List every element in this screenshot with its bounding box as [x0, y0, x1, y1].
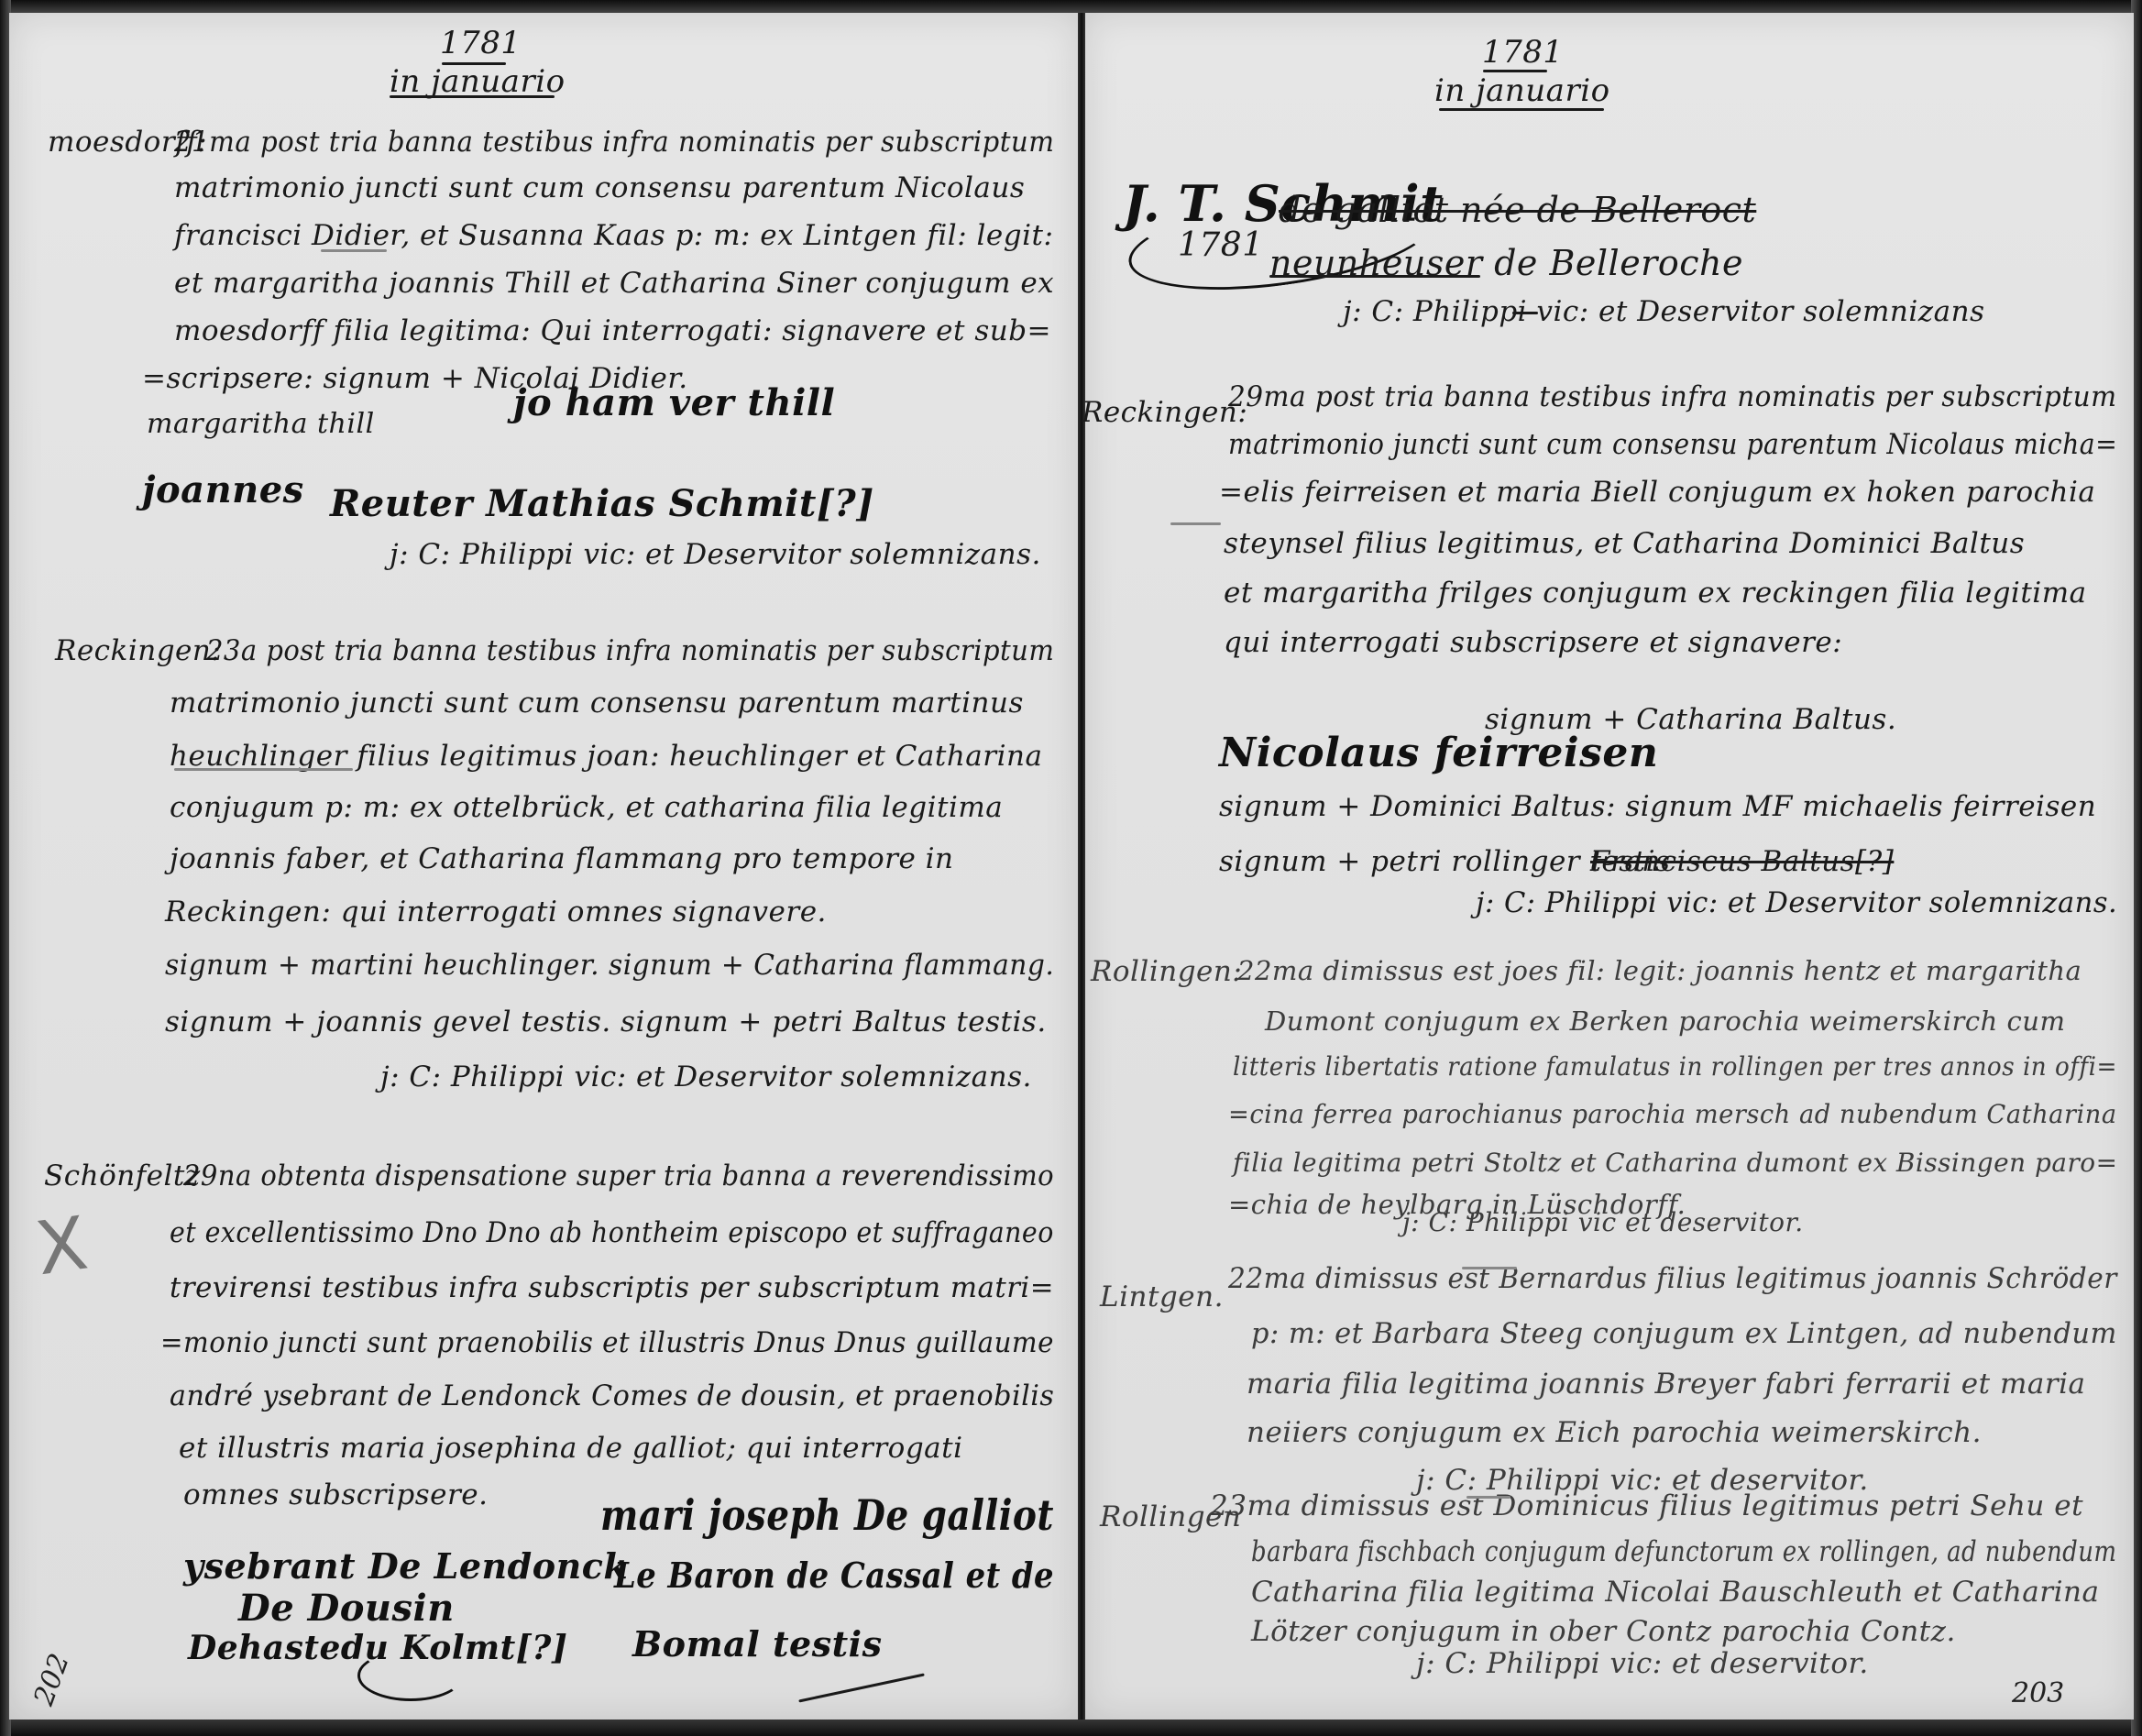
entry-place-schoenfeltz: Schönfeltz: [44, 1162, 201, 1191]
entry-place-reckingen: Reckingen:: [55, 637, 221, 665]
entry-line: et margaritha frilges conjugum ex reckin…: [1224, 579, 2087, 608]
officiant-signature: j: C: Philippi vic et deservitor.: [1402, 1210, 1804, 1236]
signature: joannes: [142, 472, 304, 509]
entry-line: p: m: et Barbara Steeg conjugum ex Lintg…: [1251, 1320, 2117, 1348]
entry-line: omnes subscripsere.: [183, 1481, 488, 1510]
pencil-cross-mark: X: [32, 1207, 92, 1287]
right-month-underline: [1439, 108, 1604, 111]
entry-line: maria filia legitima joannis Breyer fabr…: [1247, 1370, 2086, 1399]
signature: Bomal testis: [632, 1627, 882, 1662]
surname-underline: [1466, 1496, 1510, 1499]
officiant-signature: j: C: Philippi vic: et Deservitor solemn…: [380, 1063, 1032, 1092]
entry-line: moesdorff filia legitima: Qui interrogat…: [174, 317, 1051, 346]
entry-line: litteris libertatis ratione famulatus in…: [1233, 1054, 2117, 1080]
entry-line: et margaritha joannis Thill et Catharina…: [174, 269, 1054, 298]
entry-line: steynsel filius legitimus, et Catharina …: [1224, 530, 2025, 558]
signature: signum + Dominici Baltus: signum MF mich…: [1219, 793, 2096, 821]
surname-underline: [1170, 522, 1221, 525]
signature: mari joseph De galliot: [600, 1494, 1054, 1536]
entry-line: joannis faber, et Catharina flammang pro…: [170, 845, 954, 873]
entry-line: filia legitima petri Stoltz et Catharina…: [1233, 1150, 2117, 1176]
entry-place-lintgen: Lintgen.: [1100, 1283, 1224, 1312]
entry-line: neiiers conjugum ex Eich parochia weimer…: [1247, 1419, 1982, 1447]
entry-line: matrimonio juncti sunt cum consensu pare…: [174, 174, 1025, 203]
entry-line: conjugum p: m: ex ottelbrück, et cathari…: [170, 794, 1003, 822]
entry-line: francisci Didier, et Susanna Kaas p: m: …: [174, 222, 1053, 250]
entry-line: signum + joannis gevel testis. signum + …: [165, 1008, 1047, 1037]
struck-note: de galliot née de Belleroct: [1279, 192, 1756, 227]
entry-line: 22ma dimissus est joes fil: legit: joann…: [1237, 958, 2082, 984]
signature: jo ham ver thill: [513, 385, 835, 422]
entry-line: =monio juncti sunt praenobilis et illust…: [160, 1329, 1054, 1357]
entry-line: 21ma post tria banna testibus infra nomi…: [174, 128, 1054, 157]
signature: margaritha thill: [147, 411, 375, 438]
signature: signum + Catharina Baltus.: [1485, 706, 1896, 734]
entry-line: barbara fischbach conjugum defunctorum e…: [1251, 1538, 2116, 1566]
signature-struck: Franciscus Baltus[?]: [1590, 848, 1894, 876]
book-bottom-edge: [0, 1718, 2142, 1736]
signature: Le Baron de Cassal et de: [614, 1558, 1054, 1593]
surname-underline: [1462, 1267, 1517, 1269]
register-spread: 1781 in januario moesdorff: 21ma post tr…: [0, 0, 2142, 1736]
entry-line: matrimonio juncti sunt cum consensu pare…: [1228, 431, 2117, 459]
entry-line: signum + martini heuchlinger. signum + C…: [165, 951, 1054, 980]
entry-line: qui interrogati subscripsere et signaver…: [1224, 629, 1842, 657]
signature: De Dousin: [238, 1590, 455, 1627]
officiant-signature: j: C: Philippi vic: et Deservitor solemn…: [390, 541, 1041, 569]
entry-line: Catharina filia legitima Nicolai Bauschl…: [1251, 1578, 2099, 1607]
signature-flourish: [357, 1650, 464, 1701]
entry-line: matrimonio juncti sunt cum consensu pare…: [170, 689, 1024, 718]
entry-place-rollingen: Rollingen:: [1091, 958, 1242, 986]
signature: Reuter Mathias Schmit[?]: [330, 486, 874, 522]
surname-underline: [174, 768, 353, 771]
right-year-heading: 1781: [1482, 37, 1564, 68]
signature: ysebrant De Lendonck: [183, 1549, 628, 1584]
entry-line: 22ma dimissus est Bernardus filius legit…: [1228, 1265, 2117, 1293]
entry-line: trevirensi testibus infra subscriptis pe…: [170, 1274, 1054, 1302]
signature: Nicolaus feirreisen: [1219, 733, 1658, 774]
entry-place-reckingen: Reckingen:: [1082, 399, 1247, 427]
correction-underline: [1269, 275, 1480, 278]
book-gutter: [1078, 13, 1085, 1720]
left-year-heading: 1781: [440, 27, 522, 59]
entry-line: Dumont conjugum ex Berken parochia weime…: [1265, 1008, 2065, 1035]
dash-mark: [1512, 312, 1538, 314]
entry-line: andré ysebrant de Lendonck Comes de dous…: [170, 1382, 1054, 1411]
page-number-right: 203: [2012, 1677, 2064, 1709]
entry-line: et illustris maria josephina de galliot;…: [179, 1434, 963, 1463]
left-month-heading: in januario: [390, 66, 566, 97]
entry-line: Reckingen: qui interrogati omnes signave…: [165, 898, 827, 927]
entry-line: 29na obtenta dispensatione super tria ba…: [183, 1162, 1054, 1191]
entry-line: 23a post tria banna testibus infra nomin…: [206, 637, 1054, 665]
surname-underline: [321, 249, 387, 252]
right-month-heading: in januario: [1434, 75, 1610, 106]
left-month-underline: [390, 95, 555, 98]
entry-line: 29ma post tria banna testibus infra nomi…: [1228, 383, 2117, 412]
entry-line: 23ma dimissus est Dominicus filius legit…: [1210, 1492, 2083, 1521]
officiant-signature: j: C: Philippi vic: et Deservitor solemn…: [1343, 298, 1985, 326]
entry-line: =elis feirreisen et maria Biell conjugum…: [1219, 478, 2095, 507]
entry-line: Lötzer conjugum in ober Contz parochia C…: [1251, 1618, 1956, 1646]
entry-line: heuchlinger filius legitimus joan: heuch…: [170, 742, 1042, 771]
entry-line: =cina ferrea parochianus parochia mersch…: [1228, 1102, 2117, 1127]
entry-line: et excellentissimo Dno Dno ab hontheim e…: [170, 1219, 1054, 1247]
officiant-signature: j: C: Philippi vic: et deservitor.: [1416, 1650, 1869, 1678]
officiant-signature: j: C: Philippi vic: et Deservitor solemn…: [1476, 889, 2117, 917]
